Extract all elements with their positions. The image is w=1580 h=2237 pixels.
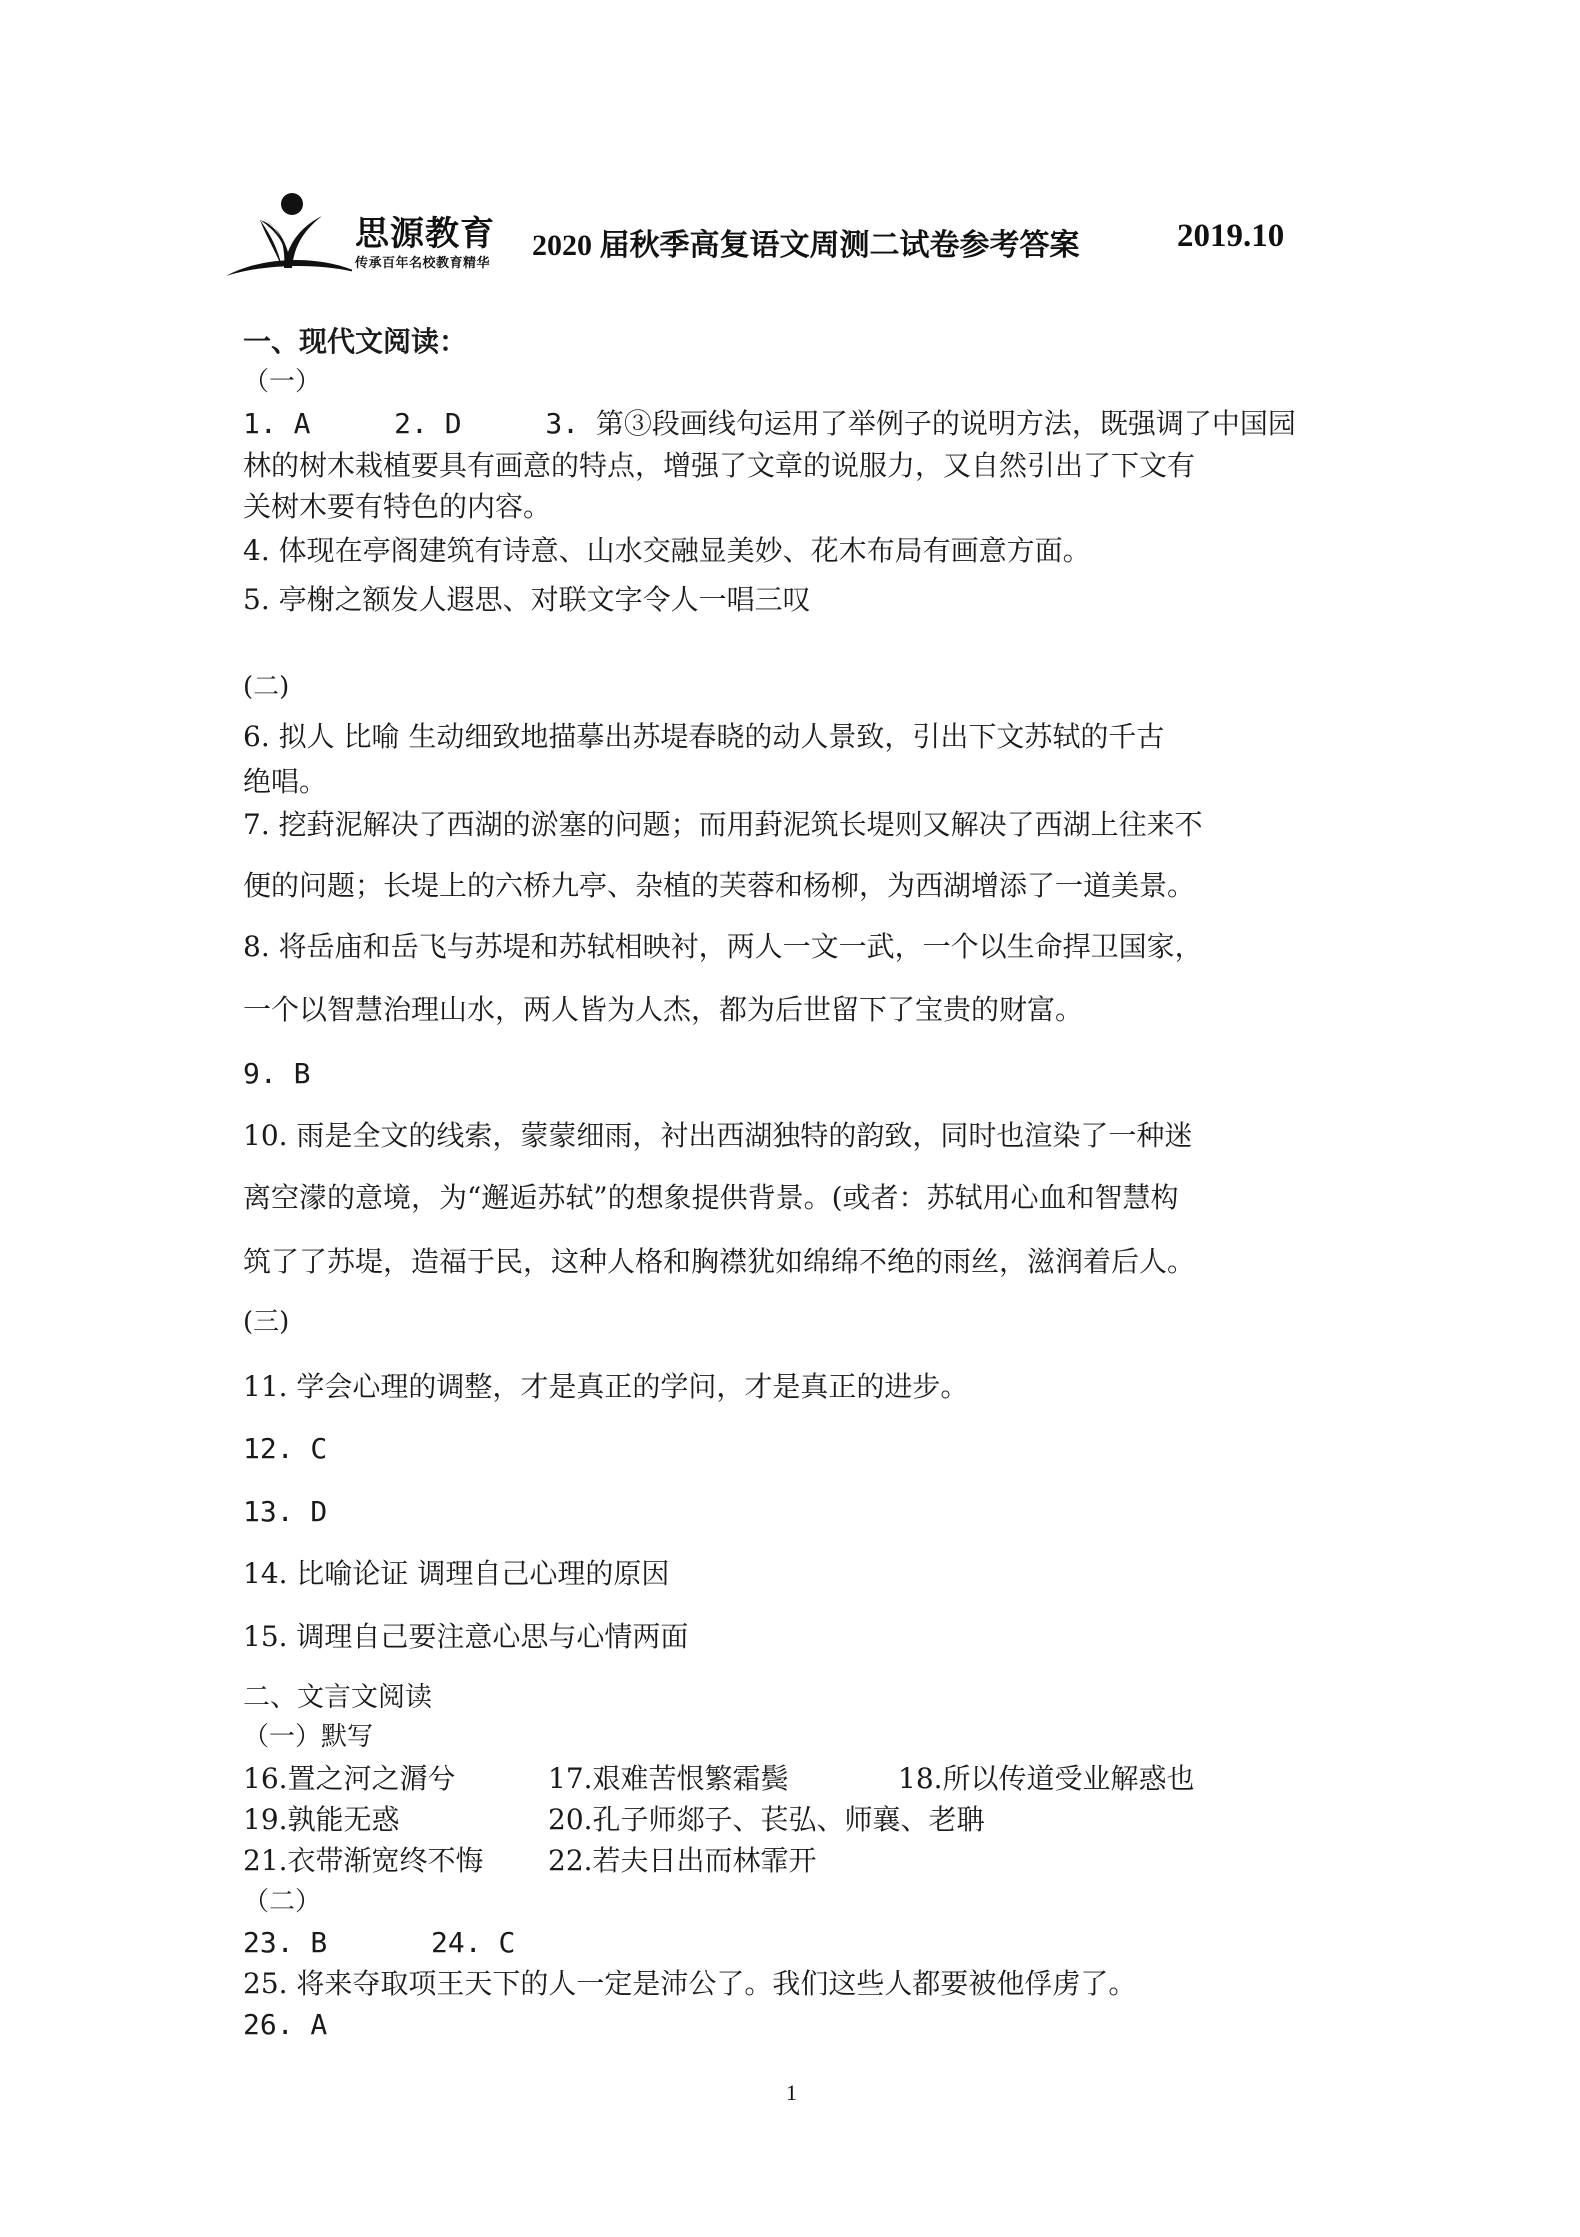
answer-q22: 22.若夫日出而林霏开 [548, 1844, 817, 1878]
logo-slogan: 传承百年名校教育精华 [355, 252, 490, 271]
answer-q24: 24. C [431, 1926, 515, 1959]
logo-name: 思源教育 [355, 206, 495, 255]
answer-q9: 9. B [243, 1057, 310, 1091]
answer-q14: 14. 比喻论证 调理自己心理的原因 [243, 1557, 669, 1591]
answer-q6-line1: 6. 拟人 比喻 生动细致地描摹出苏堤春晓的动人景致，引出下文苏轼的千古 [243, 720, 1164, 754]
answer-q7-line1: 7. 挖葑泥解决了西湖的淤塞的问题；而用葑泥筑长堤则又解决了西湖上往来不 [243, 808, 1203, 842]
answer-q10-line3: 筑了了苏堤，造福于民，这种人格和胸襟犹如绵绵不绝的雨丝，滋润着后人。 [243, 1245, 1195, 1279]
page-number: 1 [786, 2080, 797, 2106]
answer-q5: 5. 亭榭之额发人遐思、对联文字令人一唱三叹 [243, 583, 811, 617]
answer-q4: 4. 体现在亭阁建筑有诗意、山水交融显美妙、花木布局有画意方面。 [243, 534, 1091, 568]
answer-q3-line1: 3. 第③段画线句运用了举例子的说明方法，既强调了中国园 [545, 407, 1296, 440]
answer-q1: 1. A [243, 407, 310, 440]
logo-figure-icon [222, 190, 352, 280]
section-heading-classical-reading: 二、文言文阅读 [243, 1681, 432, 1715]
document-title: 2020 届秋季高复语文周测二试卷参考答案 [532, 220, 1080, 264]
answer-q16: 16.置之河之漘兮 [243, 1762, 456, 1796]
answer-q7-line2: 便的问题；长堤上的六桥九亭、杂植的芙蓉和杨柳，为西湖增添了一道美景。 [243, 869, 1195, 903]
answer-q3-line3: 关树木要有特色的内容。 [243, 490, 551, 524]
part-label-classical-2: （二） [243, 1885, 321, 1919]
document-date: 2019.10 [1177, 218, 1284, 255]
answer-q3-line2: 林的树木栽植要具有画意的特点，增强了文章的说服力，又自然引出了下文有 [243, 449, 1195, 483]
answer-q17: 17.艰难苦恨繁霜鬓 [548, 1762, 789, 1796]
document-page: 思源教育 传承百年名校教育精华 2020 届秋季高复语文周测二试卷参考答案 20… [0, 0, 1580, 2237]
answer-row-1-3: 1. A 2. D 3. 第③段画线句运用了举例子的说明方法，既强调了中国园 [243, 407, 1296, 441]
section-heading-modern-reading: 一、现代文阅读： [243, 325, 467, 359]
answer-q21: 21.衣带渐宽终不悔 [243, 1844, 484, 1878]
answer-q11: 11. 学会心理的调整，才是真正的学问，才是真正的进步。 [243, 1370, 968, 1404]
answer-q23: 23. B [243, 1926, 327, 1959]
answer-q8-line2: 一个以智慧治理山水，两人皆为人杰，都为后世留下了宝贵的财富。 [243, 993, 1083, 1027]
answer-q6-line2: 绝唱。 [243, 765, 327, 799]
answer-q26: 26. A [243, 2008, 327, 2042]
answer-q15: 15. 调理自己要注意心思与心情两面 [243, 1620, 688, 1654]
answer-q19: 19.孰能无惑 [243, 1803, 400, 1837]
part-label-1: （一） [243, 365, 321, 399]
answer-q10-line2: 离空濛的意境，为“邂逅苏轼”的想象提供背景。(或者：苏轼用心血和智慧构 [243, 1181, 1179, 1215]
part-label-dictation: （一）默写 [243, 1720, 373, 1754]
part-label-2: (二) [243, 670, 289, 704]
answer-q10-line1: 10. 雨是全文的线索，蒙蒙细雨，衬出西湖独特的韵致，同时也渲染了一种迷 [243, 1119, 1192, 1153]
answer-q18: 18.所以传道受业解惑也 [898, 1762, 1195, 1796]
part-label-3: (三) [243, 1305, 289, 1339]
document-header: 思源教育 传承百年名校教育精华 2020 届秋季高复语文周测二试卷参考答案 20… [222, 190, 1382, 280]
answer-q20: 20.孔子师郯子、苌弘、师襄、老聃 [548, 1803, 985, 1837]
answer-q2: 2. D [394, 407, 461, 440]
answer-q8-line1: 8. 将岳庙和岳飞与苏堤和苏轼相映衬，两人一文一武，一个以生命捍卫国家， [243, 930, 1203, 964]
answer-q12: 12. C [243, 1432, 327, 1466]
logo: 思源教育 传承百年名校教育精华 [222, 190, 512, 280]
answer-row-23-24: 23. B 24. C [243, 1926, 515, 1960]
answer-q25: 25. 将来夺取项王天下的人一定是沛公了。我们这些人都要被他俘虏了。 [243, 1967, 1136, 2001]
answer-q13: 13. D [243, 1495, 327, 1529]
